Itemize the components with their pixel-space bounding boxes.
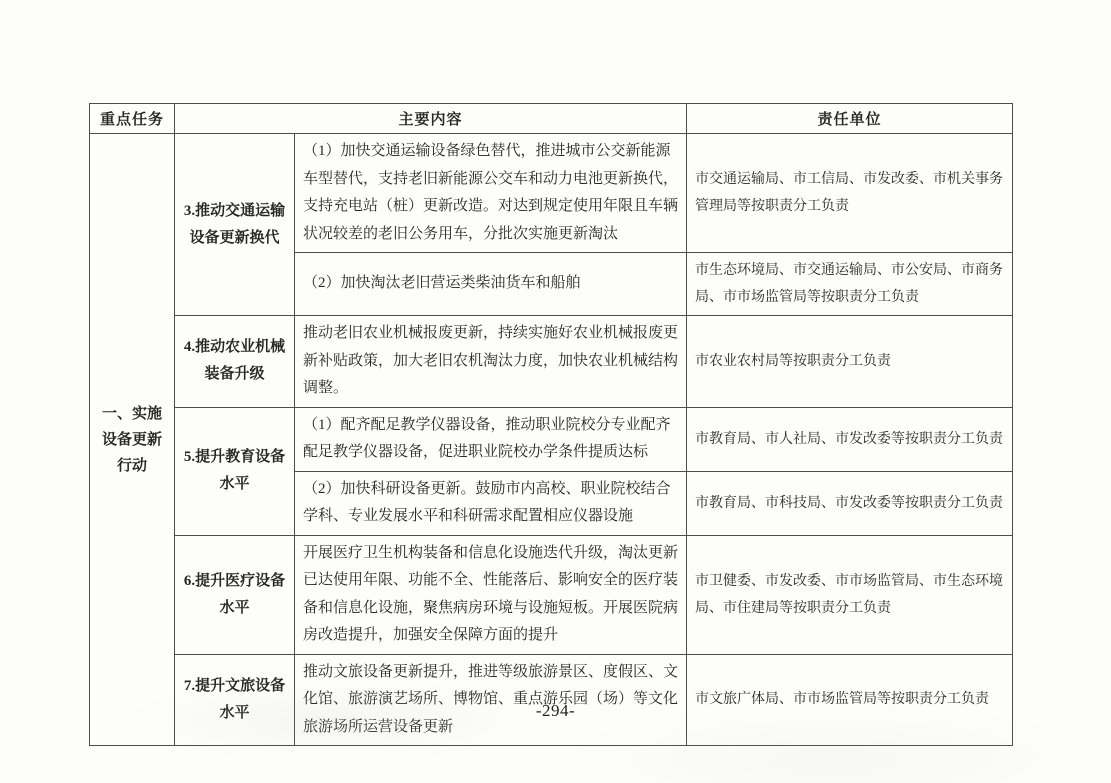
unit-cell: 市教育局、市科技局、市发改委等按职责分工负责 [687,471,1013,535]
header-cell-content: 主要内容 [175,104,687,134]
task-name-cell: 7.提升文旅设备水平 [175,654,295,746]
page-number: -294- [0,701,1111,721]
content-cell: （1）加快交通运输设备绿色替代，推进城市公交新能源车型替代，支持老旧新能源公交车… [295,134,687,253]
unit-cell: 市农业农村局等按职责分工负责 [687,316,1013,408]
task-name-cell: 3.推动交通运输设备更新换代 [175,134,295,316]
unit-cell: 市生态环境局、市交通运输局、市公安局、市商务局、市市场监管局等按职责分工负责 [687,253,1013,316]
table-header-row: 重点任务 主要内容 责任单位 [90,104,1013,134]
table-row: 4.推动农业机械装备升级 推动老旧农业机械报废更新，持续实施好农业机械报废更新补… [90,316,1013,408]
unit-cell: 市卫健委、市发改委、市市场监管局、市生态环境局、市住建局等按职责分工负责 [687,535,1013,654]
content-cell: （1）配齐配足教学仪器设备，推动职业院校分专业配齐配足教学仪器设备，促进职业院校… [295,407,687,471]
task-name-cell: 4.推动农业机械装备升级 [175,316,295,408]
content-cell: （2）加快科研设备更新。鼓励市内高校、职业院校结合学科、专业发展水平和科研需求配… [295,471,687,535]
unit-cell: 市文旅广体局、市市场监管局等按职责分工负责 [687,654,1013,746]
content-cell: 推动老旧农业机械报废更新，持续实施好农业机械报废更新补贴政策，加大老旧农机淘汰力… [295,316,687,408]
content-cell: 推动文旅设备更新提升，推进等级旅游景区、度假区、文化馆、旅游演艺场所、博物馆、重… [295,654,687,746]
table-row: 5.提升教育设备水平 （1）配齐配足教学仪器设备，推动职业院校分专业配齐配足教学… [90,407,1013,471]
document-page: 重点任务 主要内容 责任单位 一、实施设备更新行动 3.推动交通运输设备更新换代… [0,0,1111,783]
header-cell-task-group: 重点任务 [90,104,175,134]
tasks-table: 重点任务 主要内容 责任单位 一、实施设备更新行动 3.推动交通运输设备更新换代… [89,103,1013,746]
table-row: 7.提升文旅设备水平 推动文旅设备更新提升，推进等级旅游景区、度假区、文化馆、旅… [90,654,1013,746]
task-name-cell: 6.提升医疗设备水平 [175,535,295,654]
table-row: 6.提升医疗设备水平 开展医疗卫生机构装备和信息化设施迭代升级，淘汰更新已达使用… [90,535,1013,654]
unit-cell: 市交通运输局、市工信局、市发改委、市机关事务管理局等按职责分工负责 [687,134,1013,253]
table-row: 一、实施设备更新行动 3.推动交通运输设备更新换代 （1）加快交通运输设备绿色替… [90,134,1013,253]
header-cell-unit: 责任单位 [687,104,1013,134]
task-name-cell: 5.提升教育设备水平 [175,407,295,535]
group-label-cell: 一、实施设备更新行动 [90,134,175,746]
content-cell: 开展医疗卫生机构装备和信息化设施迭代升级，淘汰更新已达使用年限、功能不全、性能落… [295,535,687,654]
content-cell: （2）加快淘汰老旧营运类柴油货车和船舶 [295,253,687,316]
unit-cell: 市教育局、市人社局、市发改委等按职责分工负责 [687,407,1013,471]
